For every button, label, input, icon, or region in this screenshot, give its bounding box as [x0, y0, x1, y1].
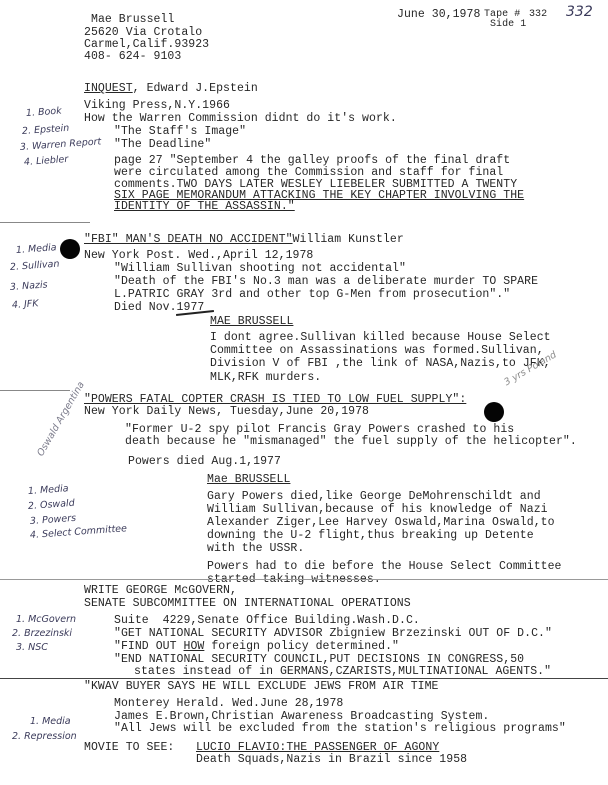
- margin-note: 3. Warren Report: [20, 136, 102, 153]
- demand-3-cont: states instead of in GERMANS,CZARISTS,MU…: [134, 665, 551, 678]
- commentator: MAE BRUSSELL: [210, 315, 293, 328]
- headline: "FBI" MAN'S DEATH NO ACCIDENT": [84, 233, 293, 246]
- quote-2-line-2: L.PATRIC GRAY 3rd and other top G-Men fr…: [114, 288, 510, 301]
- handwritten-tape-number: 332: [566, 4, 593, 20]
- movie-description: Death Squads,Nazis in Brazil since 1958: [196, 753, 467, 766]
- write-line: WRITE GEORGE McGOVERN,: [84, 584, 237, 597]
- margin-note: 2. Repression: [12, 731, 77, 742]
- comment-line: Gary Powers died,like George DeMohrensch…: [207, 490, 541, 503]
- comment-line: Powers had to die before the House Selec…: [207, 560, 562, 573]
- commentator: Mae BRUSSELL: [207, 473, 290, 486]
- death-date: Powers died Aug.1,1977: [128, 455, 281, 468]
- margin-note: 2. Oswald: [28, 498, 75, 512]
- margin-note: 1. Media: [16, 242, 57, 256]
- comment-line: Division V of FBI ,the link of NASA,Nazi…: [210, 357, 551, 370]
- demand-2: "FIND OUT HOW foreign policy determined.…: [114, 640, 399, 653]
- margin-note: 4. Liebler: [24, 154, 69, 168]
- demand-2-pre: "FIND OUT: [114, 640, 184, 653]
- chapter-1: "The Staff's Image": [114, 125, 246, 138]
- margin-note: 2. Sullivan: [10, 259, 60, 273]
- margin-note: 2. Brzezinski: [12, 628, 72, 639]
- margin-note: 4. JFK: [12, 298, 39, 311]
- tape-number: 332: [529, 8, 547, 21]
- comment-line: with the USSR.: [207, 542, 304, 555]
- demand-2-post: foreign policy determined.": [204, 640, 399, 653]
- tape-side: Side 1: [490, 18, 526, 31]
- margin-note: 3. Powers: [30, 513, 77, 527]
- source: New York Post. Wed.,April 12,1978: [84, 249, 313, 262]
- quote-1: "William Sullivan shooting not accidenta…: [114, 262, 406, 275]
- author-name: Mae Brussell: [91, 13, 174, 26]
- margin-note: 3. NSC: [16, 642, 48, 653]
- quote-2-line-1: "Death of the FBI's No.3 man was a delib…: [114, 275, 538, 288]
- comment-line: Committee on Assassinations was formed.S…: [210, 344, 544, 357]
- side-note: Oswald Argentina: [35, 380, 87, 458]
- quote-line-2: death because he "mismanaged" the fuel s…: [125, 435, 577, 448]
- comment-line: William Sullivan,because of his knowledg…: [207, 503, 548, 516]
- book-author: , Edward J.Epstein: [133, 82, 258, 95]
- margin-note: 1. McGovern: [16, 614, 76, 625]
- book-subtitle: How the Warren Commission didnt do it's …: [84, 112, 397, 125]
- quote: "All Jews will be excluded from the stat…: [114, 722, 566, 735]
- address: Suite 4229,Senate Office Building.Wash.D…: [114, 614, 420, 627]
- comment-line: downing the U-2 flight,thus breaking up …: [207, 529, 534, 542]
- margin-note: 2. Epstein: [22, 123, 70, 137]
- margin-note: 3. Nazis: [10, 279, 48, 293]
- punch-hole: [484, 402, 504, 422]
- punch-hole: [60, 239, 80, 259]
- publisher: Viking Press,N.Y.1966: [84, 99, 230, 112]
- divider: [0, 222, 90, 223]
- margin-note: 1. Book: [26, 106, 62, 119]
- source: New York Daily News, Tuesday,June 20,197…: [84, 405, 369, 418]
- comment-line: I dont agree.Sullivan killed because Hou…: [210, 331, 551, 344]
- chapter-2: "The Deadline": [114, 138, 211, 151]
- demand-2-emphasis: HOW: [184, 640, 205, 653]
- subcommittee: SENATE SUBCOMMITTEE ON INTERNATIONAL OPE…: [84, 597, 411, 610]
- book-title-line: INQUEST, Edward J.Epstein: [84, 82, 258, 95]
- divider: [0, 678, 608, 679]
- phone-number: 408- 624- 9103: [84, 50, 181, 63]
- demand-1: "GET NATIONAL SECURITY ADVISOR Zbigniew …: [114, 627, 552, 640]
- divider: [0, 579, 608, 580]
- divider: [0, 390, 70, 391]
- headline-author: William Kunstler: [293, 233, 404, 246]
- headline: "KWAV BUYER SAYS HE WILL EXCLUDE JEWS FR…: [84, 680, 439, 693]
- headline-line: "FBI" MAN'S DEATH NO ACCIDENT"William Ku…: [84, 233, 404, 246]
- book-title: INQUEST: [84, 82, 133, 95]
- document-date: June 30,1978: [397, 8, 480, 21]
- margin-note: 1. Media: [28, 483, 69, 497]
- comment-line: MLK,RFK murders.: [210, 371, 321, 384]
- movie-label: MOVIE TO SEE:: [84, 741, 174, 754]
- comment-line: Alexander Ziger,Lee Harvey Oswald,Marina…: [207, 516, 555, 529]
- margin-note: 1. Media: [30, 716, 71, 727]
- source: Monterey Herald. Wed.June 28,1978: [114, 697, 343, 710]
- quote-line: IDENTITY OF THE ASSASSIN.": [114, 200, 295, 213]
